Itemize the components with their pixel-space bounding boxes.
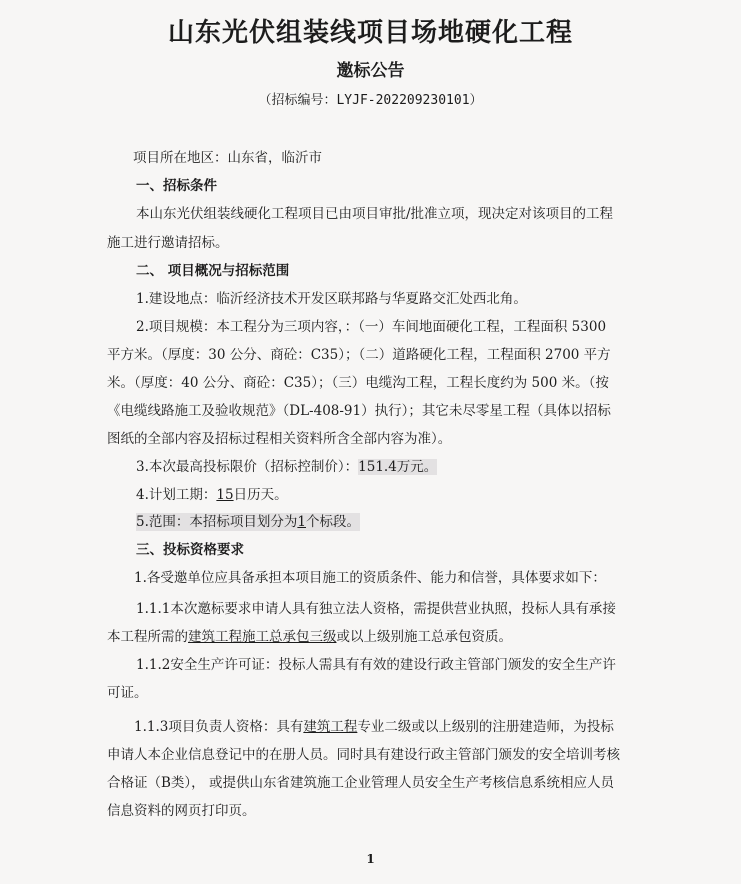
section3-item111-line2: 本工程所需的建筑工程施工总承包三级或以上级别施工总承包资质。 [107, 628, 512, 646]
specialty-requirement: 建筑工程 [303, 719, 357, 735]
section2-item3: 3.本次最高投标限价（招标控制价）：151.4万元。 [136, 458, 437, 476]
section1-heading: 一、招标条件 [136, 177, 217, 195]
section2-item4: 4.计划工期：15日历天。 [136, 486, 288, 504]
max-bid-label: 3.本次最高投标限价（招标控制价）： [136, 459, 358, 475]
section1-para-line2: 施工进行邀请招标。 [107, 234, 229, 252]
section3-item111-line1: 1.1.1本次邀标要求申请人具有独立法人资格，需提供营业执照，投标人具有承接 [136, 600, 616, 618]
section3-item113-line1: 1.1.3项目负责人资格：具有建筑工程专业二级或以上级别的注册建造师，为投标 [134, 718, 614, 736]
duration-unit: 日历天。 [234, 487, 288, 503]
item111-prefix: 本工程所需的 [107, 629, 188, 645]
document-page: 山东光伏组装线项目场地硬化工程 邀标公告 （招标编号：LYJF-20220923… [0, 0, 741, 884]
section1-para-line1: 本山东光伏组装线硬化工程项目已由项目审批/批准立项，现决定对该项目的工程 [136, 205, 613, 223]
section2-item2-line5: 图纸的全部内容及招标过程相关资料所含全部内容为准）。 [107, 430, 451, 448]
document-title: 山东光伏组装线项目场地硬化工程 [0, 12, 741, 49]
section2-item5: 5.范围：本招标项目划分为1个标段。 [136, 513, 360, 531]
page-number: 1 [0, 852, 741, 866]
lot-count: 1 [297, 514, 306, 530]
item113-prefix: 1.1.3项目负责人资格：具有 [134, 719, 303, 735]
section3-item113-line2: 申请人本企业信息登记中的在册人员。同时具有建设行政主管部门颁发的安全培训考核 [107, 746, 620, 764]
bid-number: （招标编号：LYJF-202209230101） [0, 89, 741, 108]
item113-suffix: 专业二级或以上级别的注册建造师，为投标 [357, 719, 614, 735]
document-subtitle: 邀标公告 [0, 56, 741, 81]
scope-label: 5.范围：本招标项目划分为 [136, 514, 297, 530]
section2-item1: 1.建设地点：临沂经济技术开发区联邦路与华夏路交汇处西北角。 [136, 290, 527, 308]
max-bid-value: 151.4万元。 [358, 459, 437, 475]
project-region: 项目所在地区：山东省，临沂市 [133, 149, 322, 167]
qualification-requirement: 建筑工程施工总承包三级 [188, 629, 337, 645]
section3-item113-line3: 合格证（B类）， 或提供山东省建筑施工企业管理人员安全生产考核信息系统相应人员 [107, 774, 614, 792]
section2-item2-line2: 平方米。（厚度：30 公分、商砼：C35）；（二）道路硬化工程，工程面积 270… [107, 346, 611, 364]
section2-heading: 二、 项目概况与招标范围 [136, 262, 289, 280]
scope-suffix: 个标段。 [306, 514, 360, 530]
section3-heading: 三、投标资格要求 [136, 541, 244, 559]
section2-item2-line1: 2.项目规模：本工程分为三项内容，：（一）车间地面硬化工程，工程面积 5300 [136, 318, 606, 336]
duration-label: 4.计划工期： [136, 487, 216, 503]
duration-value: 15 [216, 487, 233, 503]
section2-item2-line3: 米。（厚度：40 公分、商砼：C35）；（三）电缆沟工程，工程长度约为 500 … [107, 374, 609, 392]
section3-item112-line1: 1.1.2安全生产许可证：投标人需具有有效的建设行政主管部门颁发的安全生产许 [136, 656, 616, 674]
section3-item1: 1.各受邀单位应具备承担本项目施工的资质条件、能力和信誉，具体要求如下： [134, 569, 606, 587]
section3-item113-line4: 信息资料的网页打印页。 [107, 802, 256, 820]
item111-suffix: 或以上级别施工总承包资质。 [337, 629, 513, 645]
section2-item2-line4: 《电缆线路施工及验收规范》（DL-408-91）执行）；其它未尽零星工程（具体以… [107, 402, 611, 420]
section3-item112-line2: 可证。 [107, 684, 148, 702]
